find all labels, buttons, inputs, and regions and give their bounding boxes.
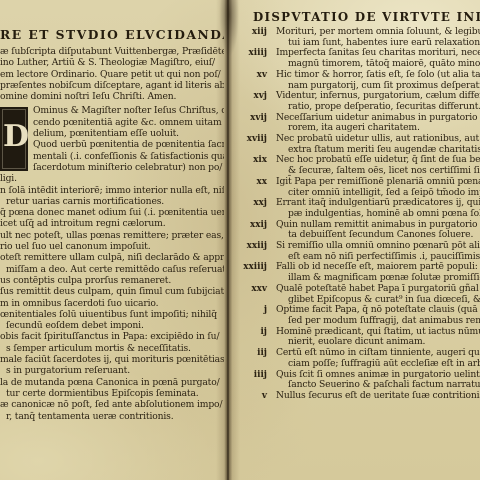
thesis-number: xix bbox=[237, 155, 276, 176]
text-line: retur uarias carnis mortificationes. bbox=[0, 196, 224, 207]
text-line: ſecundū eoſdem debet imponi. bbox=[0, 320, 224, 331]
initial-d-woodcut: D bbox=[0, 107, 28, 171]
first-thesis-block: D Ominus & Magiſter noſter Ieſus Chriſtu… bbox=[0, 105, 224, 173]
thesis-number: xvij bbox=[237, 113, 276, 134]
thesis-item: xiiij Imperfecta ſanitas ſeu charitas mo… bbox=[237, 48, 480, 69]
thesis-number: xxiij bbox=[237, 241, 276, 262]
thesis-item: xx Igit̄ Papa per remiſſionē plenariā om… bbox=[237, 177, 480, 198]
text-line: Qualē poteſtatē habet Papa ī purgatoriū … bbox=[276, 284, 480, 295]
thesis-item: xviij Nec probatū uidetur ullis, aut rat… bbox=[237, 134, 480, 155]
text-line: r, tanq̄ tentamenta ueræ contritionis. bbox=[0, 411, 224, 422]
thesis-number: iiij bbox=[237, 370, 276, 391]
text-line: ſus remittit deus culpam, quin ſimul cum… bbox=[0, 286, 224, 297]
thesis-number: xv bbox=[237, 70, 276, 91]
thesis-number: j bbox=[237, 305, 276, 326]
thesis-item: xvij Neceſſarium uidetur animabus in pur… bbox=[237, 113, 480, 134]
thesis-number: xviij bbox=[237, 134, 276, 155]
thesis-item: xvj Videntur, infernus, purgatorium, cæl… bbox=[237, 91, 480, 112]
thesis-number: iij bbox=[237, 348, 276, 369]
text-line: la de mutanda pœna Canonica in pœnā purg… bbox=[0, 377, 224, 388]
thesis-number: xxij bbox=[237, 220, 276, 241]
text-line: æ ſubſcripta diſputabunt Vuittenbergæ, P… bbox=[0, 46, 224, 57]
thesis-number: v bbox=[237, 391, 276, 402]
text-line: æ canonicæ nō poſt, ſed ante abſolutione… bbox=[0, 399, 224, 410]
thesis-number: xxv bbox=[237, 284, 276, 305]
text-line: s in purgatorium reſeruant. bbox=[0, 365, 224, 376]
text-line: mentali (.i. confeſſionis & ſatisfaction… bbox=[0, 151, 224, 162]
thesis-number: ij bbox=[237, 327, 276, 348]
dropcap-letter: D bbox=[3, 122, 29, 152]
thesis-item: xiij Morituri, per mortem omnia ſoluunt,… bbox=[237, 27, 480, 48]
theses-list: xiij Morituri, per mortem omnia ſoluunt,… bbox=[237, 27, 480, 402]
thesis-number: xvj bbox=[237, 91, 276, 112]
thesis-item: xxij Quin nullam remittit animabus in pu… bbox=[237, 220, 480, 241]
thesis-item: j Optime facit Papa, q̄ nō poteſtate cla… bbox=[237, 305, 480, 326]
text-line: ciam poſſe; ſuffragiū aūt eccleſiæ eſt i… bbox=[276, 359, 480, 370]
thesis-number: xiiij bbox=[237, 48, 276, 69]
thesis-item: xxj Errant itaq̄ indulgentiarū prædicato… bbox=[237, 198, 480, 219]
text-line: rio uel ſuo uel canonum impoſuit. bbox=[0, 241, 224, 252]
text-line: s ſemper articulum mortis & neceſſitatis… bbox=[0, 343, 224, 354]
right-page-header: DISPVTATIO DE VIRTVTE INDV bbox=[253, 10, 480, 24]
text-line: œnitentiales ſolū uiuentibus ſunt impoſi… bbox=[0, 309, 224, 320]
text-line: cendo pœnitentiā agite &c. omnem uitam f… bbox=[0, 117, 224, 128]
thesis-number: xiij bbox=[237, 27, 276, 48]
left-page-header: RE ET STVDIO ELVCIDANDAE bbox=[0, 27, 224, 42]
text-line: n ſolā intēdit interiorē; immo interior … bbox=[0, 185, 224, 196]
text-line: Hic timor & horror, ſatis eſt, ſe ſolo (… bbox=[276, 70, 480, 81]
text-line: ligi. bbox=[0, 173, 224, 184]
thesis-item: xix Nec hoc probatū eſſe uidetur, q̄ ſin… bbox=[237, 155, 480, 176]
thesis-number: xxiiij bbox=[237, 262, 276, 283]
thesis-number: xx bbox=[237, 177, 276, 198]
text-line: obis facit ſpirituſſanctus in Papa: exci… bbox=[0, 331, 224, 342]
text-line: male faciūt ſacerdotes ij, qui morituris… bbox=[0, 354, 224, 365]
text-line: tur certe dormientibus Epiſcopis ſeminat… bbox=[0, 388, 224, 399]
left-page: RE ET STVDIO ELVCIDANDAE æ ſubſcripta di… bbox=[0, 0, 224, 480]
text-line: Quod uerbū pœnitentia de pœnitentia ſacr… bbox=[0, 139, 224, 150]
thesis-item: iij Certū eſt nūmo in ciſtam tinniente, … bbox=[237, 348, 480, 369]
thesis-item: iiij Quis ſcit ſi omnes animæ in purgato… bbox=[237, 370, 480, 391]
text-line: ino Luther, Artiū & S. Theologiæ Magiſtr… bbox=[0, 57, 224, 68]
thesis-item: v Nullus ſecurus eſt de ueritate ſuæ con… bbox=[237, 391, 480, 402]
right-page: DISPVTATIO DE VIRTVTE INDV xiij Morituri… bbox=[237, 0, 480, 480]
text-line: q̄ pœna donec manet odium ſui (.i. pœnit… bbox=[0, 207, 224, 218]
thesis-item: xxiij Si remiſſio ulla omniū omnino pœna… bbox=[237, 241, 480, 262]
text-line: us contēptis culpa prorſus remaneret. bbox=[0, 275, 224, 286]
text-line: m in omnibus ſacerdoti ſuo uicario. bbox=[0, 298, 224, 309]
text-line: omine domini noſtri Ieſu Chriſti. Amen. bbox=[0, 91, 224, 102]
thesis-item: xxv Qualē poteſtatē habet Papa ī purgato… bbox=[237, 284, 480, 305]
text-line: ſacerdotum miniſterio celebratur) non po… bbox=[0, 162, 224, 173]
text-line: Nullus ſecurus eſt de ueritate ſuæ contr… bbox=[276, 391, 480, 402]
text-line: miſſam a deo. Aut certe remittēdo caſus … bbox=[0, 264, 224, 275]
intro-paragraph: æ ſubſcripta diſputabunt Vuittenbergæ, P… bbox=[0, 46, 224, 102]
left-page-body: ligi. n ſolā intēdit interiorē; immo int… bbox=[0, 173, 224, 422]
text-line: oteſt remittere ullam culpā, niſi declar… bbox=[0, 252, 224, 263]
text-line: ult nec poteſt, ullas pœnas remittere; p… bbox=[0, 230, 224, 241]
thesis-number: xxj bbox=[237, 198, 276, 219]
book-spread: RE ET STVDIO ELVCIDANDAE æ ſubſcripta di… bbox=[0, 0, 480, 480]
thesis-item: xv Hic timor & horror, ſatis eſt, ſe ſol… bbox=[237, 70, 480, 91]
text-line: Igit̄ Papa per remiſſionē plenariā omniū… bbox=[276, 177, 480, 188]
text-line: Ominus & Magiſter noſter Ieſus Chriſtus,… bbox=[0, 105, 224, 116]
thesis-item: xxiiij Falli ob id neceſſe eſt, maiorem … bbox=[237, 262, 480, 283]
text-line: em lectore Ordinario. Quare petit ut qui… bbox=[0, 69, 224, 80]
text-line: præſentes nobiſcum diſceptare, agant id … bbox=[0, 80, 224, 91]
text-line: icet uſq̄ ad introitum regni cælorum. bbox=[0, 218, 224, 229]
text-line: delium, pœnitentiam eſſe uoluit. bbox=[0, 128, 224, 139]
thesis-item: ij Hominē prædicant, qui ſtatim, ut iact… bbox=[237, 327, 480, 348]
